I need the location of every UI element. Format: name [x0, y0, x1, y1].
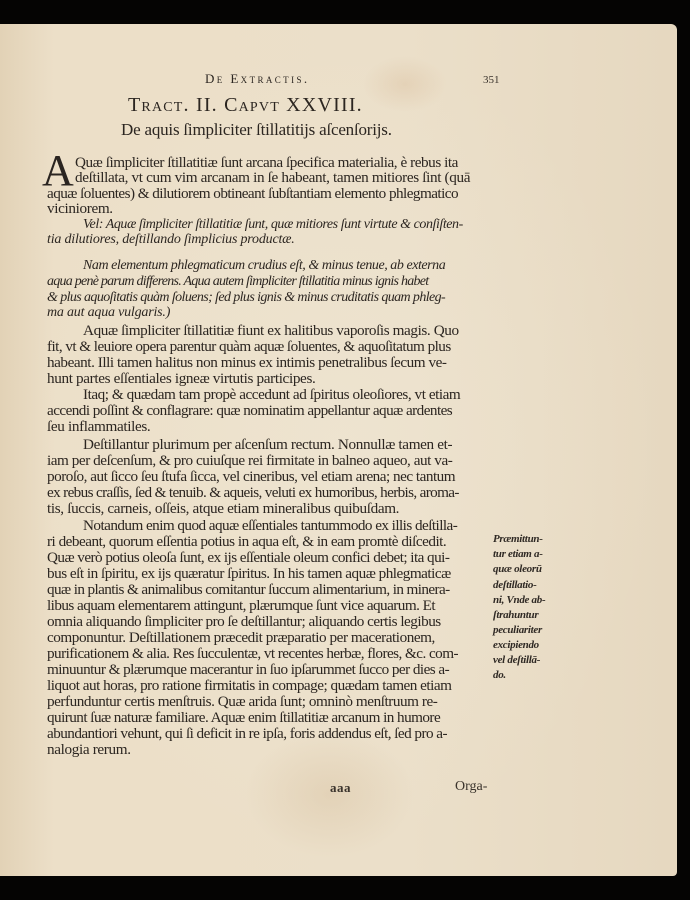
body-line: Itaq; & quædam tam propè accedunt ad ſpi… [83, 387, 460, 403]
catchword: Orga- [455, 779, 487, 795]
body-line: ſeu inflammatiles. [47, 419, 150, 435]
margin-note-line: tur etiam a- [493, 548, 543, 560]
body-line: ma aut aqua vulgaris.) [47, 305, 170, 321]
chapter-subtitle: De aquis ſimpliciter ſtillatitijs aſcenſ… [121, 120, 392, 140]
margin-note-line: Præmittun- [493, 533, 543, 545]
book-page: De Extractis. 351 Tract. II. Capvt XXVII… [0, 24, 677, 876]
body-line: perfunduntur certis menſtruis. Quæ arida… [47, 694, 437, 710]
margin-note-line: peculiariter [493, 624, 542, 636]
body-line: nalogia rerum. [47, 742, 131, 758]
margin-note-line: vel deſtillā- [493, 654, 540, 666]
body-line: ri debeant, quorum eſſentia potius in aq… [47, 534, 446, 550]
body-line: deſtillata, vt cum vim arcanam in ſe hab… [75, 170, 470, 186]
margin-note-line: do. [493, 669, 506, 681]
body-line: tia dilutiores, deſtillando ſimplicius p… [47, 232, 295, 248]
body-line: abundantiori vehunt, qui ſi deficit in r… [47, 726, 447, 742]
body-line: aqua penè parum differens. Aqua autem ſi… [47, 274, 428, 290]
body-line: Nam elementum phlegmaticum crudius eſt, … [83, 258, 445, 274]
body-line: liquot aut horas, pro ratione firmitatis… [47, 678, 451, 694]
body-line: Quæ verò potius oleoſa ſunt, ex ijs eſſe… [47, 550, 449, 566]
page-number: 351 [483, 74, 500, 86]
body-line: fit, vt & leuiore opera parentur quàm aq… [47, 339, 451, 355]
body-line: Aquæ ſimpliciter ſtillatitiæ fiunt ex ha… [83, 323, 459, 339]
body-line: quirunt ſuæ naturæ familiare. Aquæ enim … [47, 710, 440, 726]
body-line: componuntur. Deſtillationem præcedit præ… [47, 630, 435, 646]
body-line: tis, ſuccis, carneis, oſſeis, atque etia… [47, 501, 399, 517]
body-line: quæ in plantis & animalibus comitantur ſ… [47, 582, 450, 598]
body-line: ex rebus craſſis, ſed & tenuib. & aqueis… [47, 485, 459, 501]
margin-note-line: ni, Vnde ab- [493, 594, 545, 606]
signature-mark: aaa [330, 780, 351, 796]
body-line: viciniorem. [47, 201, 113, 217]
body-line: Deſtillantur plurimum per aſcenſum rectu… [83, 437, 452, 453]
body-line: Vel: Aquæ ſimpliciter ſtillatitiæ ſunt, … [83, 217, 463, 233]
body-line: accendi poſſint & conflagrare: quæ nomin… [47, 403, 452, 419]
chapter-title: Tract. II. Capvt XXVIII. [128, 94, 363, 117]
margin-note-line: deſtillatio- [493, 579, 536, 591]
running-head: De Extractis. [205, 71, 310, 87]
margin-note-line: ſtrahuntur [493, 609, 538, 621]
body-line: poroſo, aut ſicco ſeu ſtufa ſicca, vel c… [47, 469, 455, 485]
body-line: minuuntur & plærumque macerantur in ſuo … [47, 662, 449, 678]
body-line: hunt partes eſſentiales igneæ virtutis p… [47, 371, 315, 387]
body-line: libus aquam elementarem attingunt, plæru… [47, 598, 435, 614]
body-line: omnia aliquando ſimpliciter pro ſe deſti… [47, 614, 441, 630]
body-line: habeant. Illi tamen halitus non minus ex… [47, 355, 447, 371]
margin-note-line: quæ oleorū [493, 563, 542, 575]
body-line: purificationem & alia. Res ſucculentæ, v… [47, 646, 458, 662]
body-line: bus eſt in ſpiritu, ex ijs quæratur ſpir… [47, 566, 451, 582]
body-line: Notandum enim quod aquæ eſſentiales tant… [83, 518, 457, 534]
margin-note-line: excipiendo [493, 639, 539, 651]
body-line: iam per deſcenſum, & pro cuiuſque rei fi… [47, 453, 452, 469]
body-line: & plus aquoſitatis quàm ſoluens; ſed plu… [47, 290, 445, 306]
